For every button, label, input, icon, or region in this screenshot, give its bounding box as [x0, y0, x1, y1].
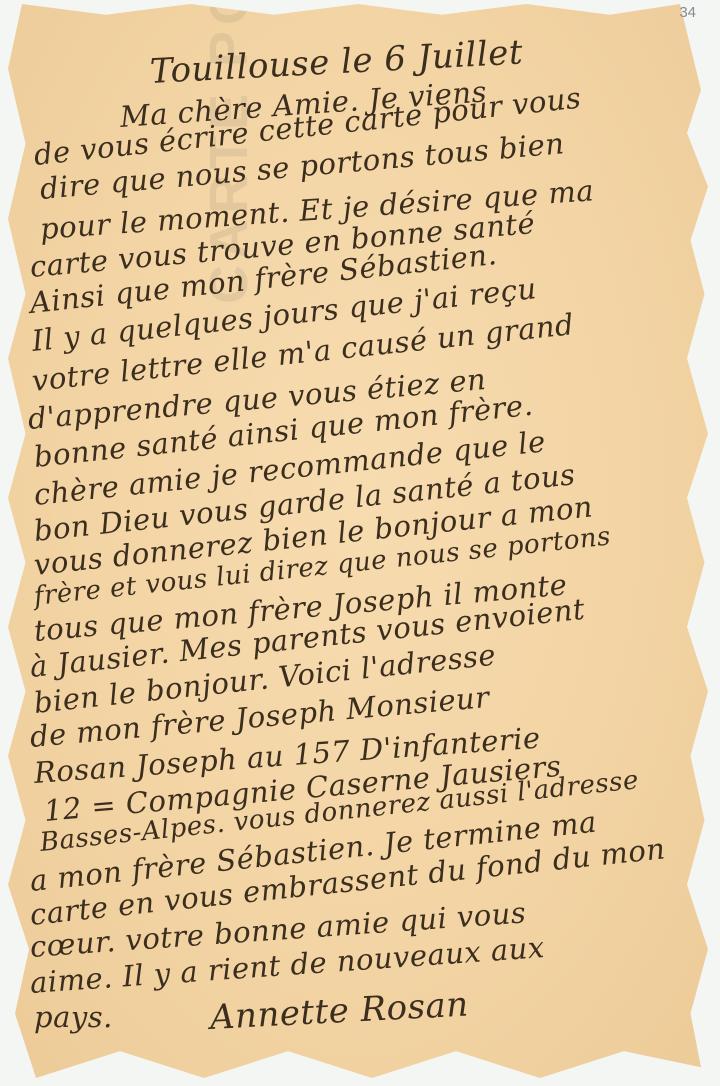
letter-body: Touillouse le 6 Juillet Ma chère Amie. J…	[0, 0, 720, 1086]
letter-line: pays.	[34, 1000, 113, 1034]
signature: Annette Rosan	[209, 984, 470, 1037]
